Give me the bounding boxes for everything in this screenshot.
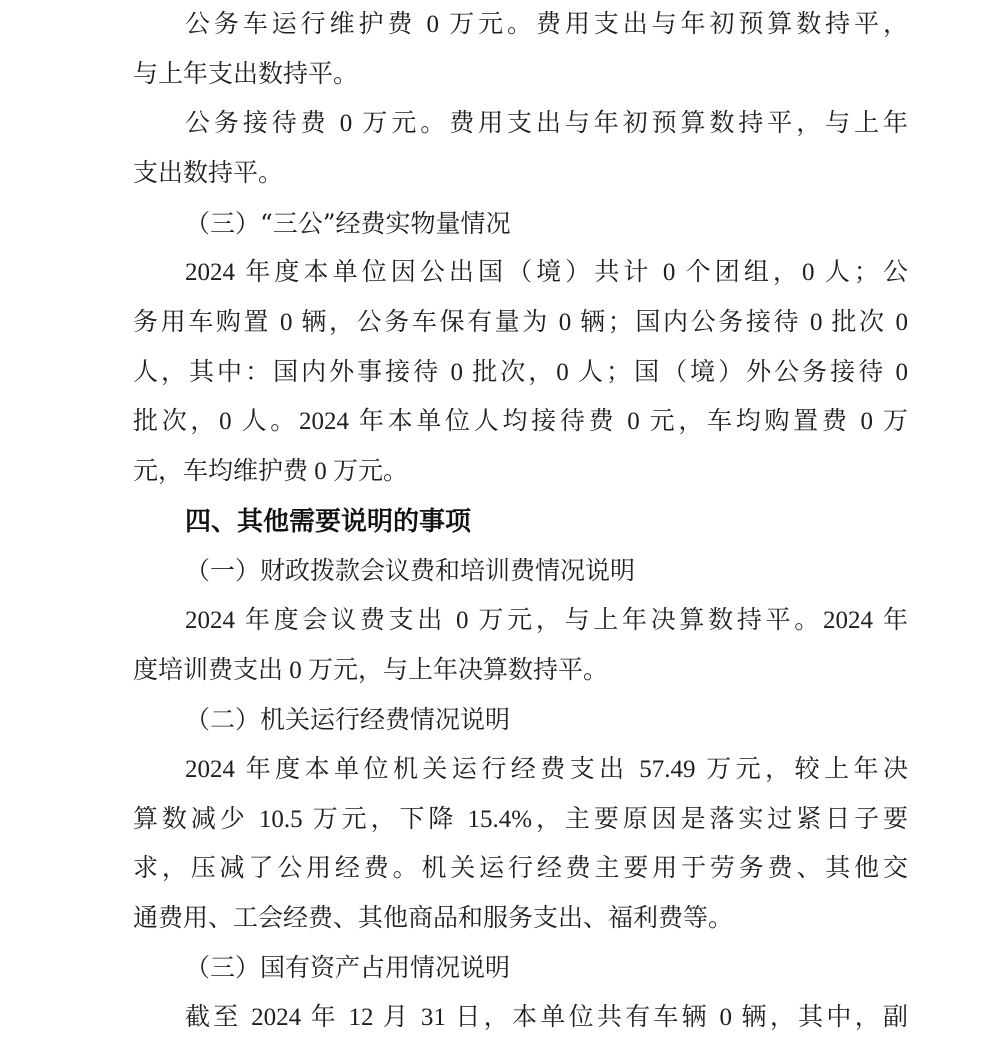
paragraph-line-state-assets-1: 截至 2024 年 12 月 31 日，本单位共有车辆 0 辆，其中，副: [133, 993, 908, 1043]
paragraph-line-operation-funds-2: 算数减少 10.5 万元，下降 15.4%，主要原因是落实过紧日子要: [133, 795, 908, 845]
paragraph-line-physical-volume-5: 元，车均维护费 0 万元。: [133, 447, 908, 497]
subsection-heading-operation-funds: （二）机关运行经费情况说明: [133, 695, 908, 745]
paragraph-line-operation-funds-1: 2024 年度本单位机关运行经费支出 57.49 万元，较上年决: [133, 745, 908, 795]
paragraph-line-operation-funds-4: 通费用、工会经费、其他商品和服务支出、福利费等。: [133, 894, 908, 944]
subsection-heading-meeting-training: （一）财政拨款会议费和培训费情况说明: [133, 546, 908, 596]
paragraph-line-reception-fee-2: 支出数持平。: [133, 149, 908, 199]
paragraph-line-physical-volume-1: 2024 年度本单位因公出国（境）共计 0 个团组，0 人；公: [133, 248, 908, 298]
paragraph-line-car-maintenance-2: 与上年支出数持平。: [133, 50, 908, 100]
paragraph-line-reception-fee-1: 公务接待费 0 万元。费用支出与年初预算数持平，与上年: [133, 99, 908, 149]
paragraph-line-car-maintenance-1: 公务车运行维护费 0 万元。费用支出与年初预算数持平，: [133, 0, 908, 50]
subsection-heading-state-assets: （三）国有资产占用情况说明: [133, 943, 908, 993]
paragraph-line-operation-funds-3: 求，压减了公用经费。机关运行经费主要用于劳务费、其他交: [133, 844, 908, 894]
paragraph-line-meeting-training-1: 2024 年度会议费支出 0 万元，与上年决算数持平。2024 年: [133, 596, 908, 646]
section-heading-other-matters: 四、其他需要说明的事项: [133, 497, 908, 547]
text-column: 公务车运行维护费 0 万元。费用支出与年初预算数持平， 与上年支出数持平。 公务…: [133, 0, 908, 1043]
paragraph-line-physical-volume-4: 批次，0 人。2024 年本单位人均接待费 0 元，车均购置费 0 万: [133, 397, 908, 447]
paragraph-line-physical-volume-2: 务用车购置 0 辆，公务车保有量为 0 辆；国内公务接待 0 批次 0: [133, 298, 908, 348]
paragraph-line-physical-volume-3: 人，其中：国内外事接待 0 批次，0 人；国（境）外公务接待 0: [133, 348, 908, 398]
paragraph-line-meeting-training-2: 度培训费支出 0 万元，与上年决算数持平。: [133, 646, 908, 696]
subsection-heading-three-public-physical: （三）“三公”经费实物量情况: [133, 199, 908, 249]
document-page: 公务车运行维护费 0 万元。费用支出与年初预算数持平， 与上年支出数持平。 公务…: [0, 0, 1000, 1043]
